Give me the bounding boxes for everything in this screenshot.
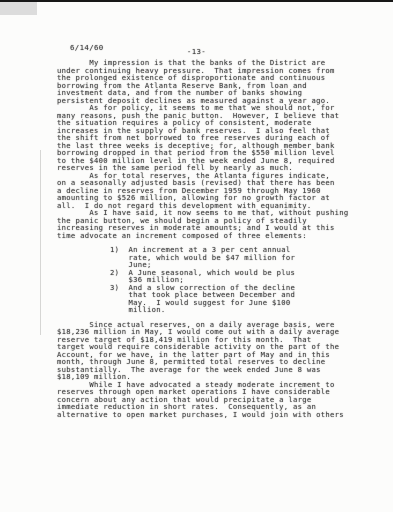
- scan-artifact-topline: [0, 0, 393, 2]
- page-number: -13-: [0, 48, 393, 56]
- paragraph: As for policy, it seems to me that we sh…: [57, 104, 363, 172]
- paragraph: While I have advocated a steady moderate…: [57, 381, 363, 419]
- paragraph: As for total reserves, the Atlanta figur…: [57, 172, 363, 210]
- paragraph: As I have said, it now seems to me that,…: [57, 209, 363, 239]
- scan-artifact-corner: [0, 2, 37, 15]
- list-item: 1) An increment at a 3 per cent annual r…: [110, 246, 363, 269]
- list-item: 3) And a slow correction of the decline …: [110, 284, 363, 314]
- numbered-list: 1) An increment at a 3 per cent annual r…: [110, 246, 363, 314]
- document-body: My impression is that the banks of the D…: [57, 59, 363, 418]
- list-item: 2) A June seasonal, which would be plus …: [110, 269, 363, 284]
- paragraph: Since actual reserves, on a daily averag…: [57, 321, 363, 381]
- document-page: 6/14/60 -13- My impression is that the b…: [0, 0, 393, 512]
- scan-artifact-streak: [40, 150, 41, 335]
- paragraph: My impression is that the banks of the D…: [57, 59, 363, 104]
